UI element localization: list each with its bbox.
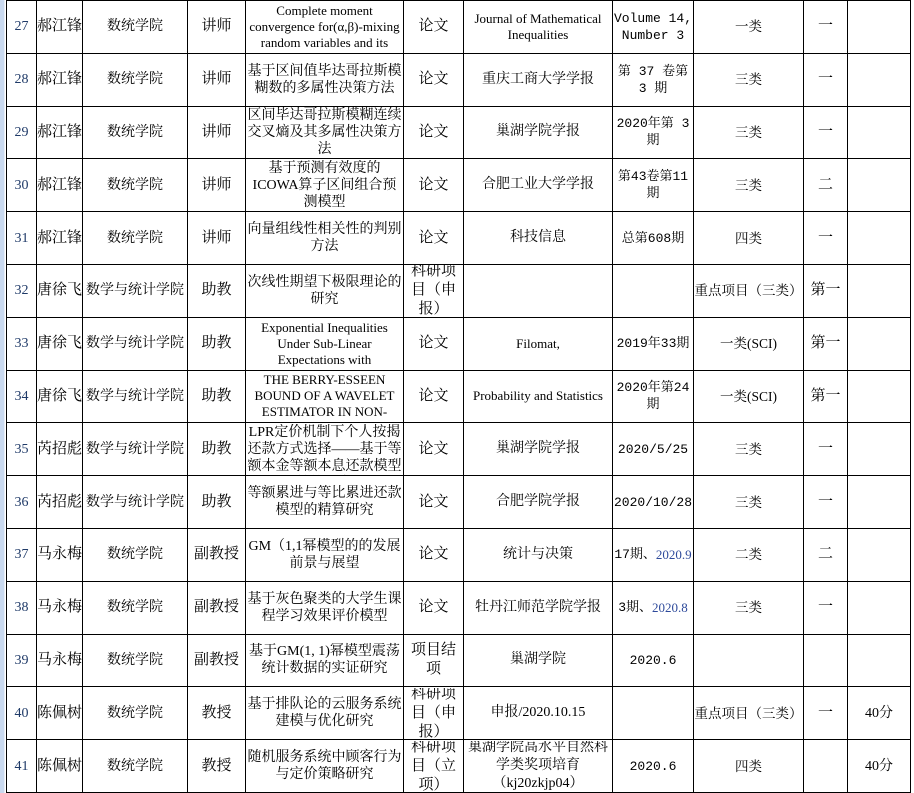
- volume-cell: 2020.6: [613, 634, 694, 687]
- category-cell-text: 二类: [694, 529, 803, 580]
- rank-cell-text: 一: [804, 688, 847, 739]
- job-title-cell-text: 讲师: [188, 213, 245, 264]
- journal-cell: Probability and Statistics: [464, 370, 613, 423]
- category-cell: 三类: [694, 581, 804, 634]
- department-cell: 数统学院: [83, 1, 188, 54]
- volume-date-text: 2020.8: [652, 599, 688, 616]
- volume-text: 2020/10/28: [614, 494, 692, 511]
- category-cell-text: 一类(SCI): [694, 371, 803, 422]
- work-title-cell-text: 基于排队论的云服务系统建模与优化研究: [246, 688, 403, 739]
- row-number-cell-text: 27: [7, 1, 36, 52]
- category-cell-text: 重点项目（三类）: [694, 265, 803, 316]
- rank-cell: 一: [804, 581, 848, 634]
- person-name-cell: 唐徐飞: [37, 317, 83, 370]
- table-row: 33唐徐飞数学与统计学院助教Exponential Inequalities U…: [7, 317, 911, 370]
- work-title-cell-text: 向量组线性相关性的判别方法: [246, 213, 403, 264]
- department-cell: 数统学院: [83, 581, 188, 634]
- job-title-cell-text: 教授: [188, 688, 245, 739]
- volume-text: 17期、: [614, 546, 656, 563]
- score-cell-text: [848, 477, 910, 528]
- journal-cell-text: 牡丹江师范学院学报: [464, 582, 612, 633]
- score-cell-text: [848, 213, 910, 264]
- journal-cell: 合肥工业大学学报: [464, 159, 613, 212]
- rank-cell: 二: [804, 528, 848, 581]
- person-name-cell-text: 马永梅: [37, 582, 82, 633]
- volume-cell: 17期、2020.9: [613, 528, 694, 581]
- category-cell-text: 三类: [694, 582, 803, 633]
- person-name-cell: 马永梅: [37, 634, 83, 687]
- row-number-cell: 36: [7, 476, 37, 529]
- table-row: 29郝江锋数统学院讲师区间毕达哥拉斯模糊连续交叉熵及其多属性决策方法论文巢湖学院…: [7, 106, 911, 159]
- row-number-cell-text: 37: [7, 529, 36, 580]
- row-number-cell: 40: [7, 687, 37, 740]
- work-title-cell: 次线性期望下极限理论的研究: [246, 264, 404, 317]
- volume-text: 2020年第24期: [613, 379, 693, 413]
- journal-cell: 重庆工商大学学报: [464, 53, 613, 106]
- job-title-cell: 助教: [188, 317, 246, 370]
- rank-cell-text: 一: [804, 54, 847, 105]
- journal-cell: 牡丹江师范学院学报: [464, 581, 613, 634]
- volume-text: 2020年第 3 期: [613, 115, 693, 149]
- work-title-cell-text: 次线性期望下极限理论的研究: [246, 265, 403, 316]
- rank-cell-text: 一: [804, 477, 847, 528]
- score-cell-text: [848, 635, 910, 686]
- department-cell-text: 数统学院: [83, 107, 187, 158]
- achievement-type-cell: 论文: [404, 317, 464, 370]
- category-cell: 四类: [694, 740, 804, 793]
- achievement-type-cell-text: 论文: [404, 529, 463, 580]
- journal-cell-text: 申报/2020.10.15: [464, 688, 612, 739]
- achievement-type-cell-text: 论文: [404, 318, 463, 369]
- department-cell: 数统学院: [83, 528, 188, 581]
- job-title-cell-text: 讲师: [188, 54, 245, 105]
- category-cell-text: 一类(SCI): [694, 318, 803, 369]
- table-row: 40陈佩树数统学院教授基于排队论的云服务系统建模与优化研究科研项目（申报）申报/…: [7, 687, 911, 740]
- department-cell: 数学与统计学院: [83, 423, 188, 476]
- person-name-cell-text: 马永梅: [37, 529, 82, 580]
- achievement-type-cell: 论文: [404, 159, 464, 212]
- job-title-cell-text: 讲师: [188, 1, 245, 52]
- job-title-cell-text: 讲师: [188, 160, 245, 211]
- table-row: 32唐徐飞数学与统计学院助教次线性期望下极限理论的研究科研项目（申报）重点项目（…: [7, 264, 911, 317]
- achievements-table: 27郝江锋数统学院讲师Complete moment convergence f…: [6, 0, 911, 793]
- category-cell-text: [694, 635, 803, 686]
- person-name-cell-text: 唐徐飞: [37, 371, 82, 422]
- rank-cell-text: 二: [804, 529, 847, 580]
- category-cell-text: 一类: [694, 1, 803, 52]
- person-name-cell-text: 郝江锋: [37, 107, 82, 158]
- achievement-type-cell-text: 论文: [404, 107, 463, 158]
- achievement-type-cell-text: 科研项目（申报）: [404, 265, 463, 316]
- job-title-cell: 教授: [188, 687, 246, 740]
- work-title-cell: THE BERRY-ESSEEN BOUND OF A WAVELET ESTI…: [246, 370, 404, 423]
- row-number-cell-text: 32: [7, 265, 36, 316]
- journal-cell: 申报/2020.10.15: [464, 687, 613, 740]
- row-number-cell: 38: [7, 581, 37, 634]
- journal-cell-text: Filomat,: [464, 318, 612, 369]
- rank-cell-text: [804, 741, 847, 792]
- category-cell-text: 四类: [694, 213, 803, 264]
- job-title-cell-text: 助教: [188, 265, 245, 316]
- person-name-cell: 郝江锋: [37, 1, 83, 54]
- achievement-type-cell: 论文: [404, 53, 464, 106]
- rank-cell: [804, 740, 848, 793]
- job-title-cell: 助教: [188, 370, 246, 423]
- job-title-cell: 副教授: [188, 634, 246, 687]
- journal-cell-text: 巢湖学院学报: [464, 424, 612, 475]
- row-number-cell: 34: [7, 370, 37, 423]
- work-title-cell: 基于区间值毕达哥拉斯模糊数的多属性决策方法: [246, 53, 404, 106]
- job-title-cell-text: 副教授: [188, 529, 245, 580]
- work-title-cell-text: 区间毕达哥拉斯模糊连续交叉熵及其多属性决策方法: [246, 107, 403, 158]
- achievement-type-cell-text: 论文: [404, 160, 463, 211]
- work-title-cell-text: 基于灰色聚类的大学生课程学习效果评价模型: [246, 582, 403, 633]
- achievement-type-cell-text: 论文: [404, 582, 463, 633]
- row-number-cell: 30: [7, 159, 37, 212]
- row-number-cell: 27: [7, 1, 37, 54]
- rank-cell: 第一: [804, 264, 848, 317]
- job-title-cell: 助教: [188, 476, 246, 529]
- score-cell-text: [848, 54, 910, 105]
- score-cell-text: [848, 107, 910, 158]
- rank-cell-text: [804, 635, 847, 686]
- row-number-cell-text: 31: [7, 213, 36, 264]
- person-name-cell-text: 郝江锋: [37, 160, 82, 211]
- category-cell: 三类: [694, 159, 804, 212]
- journal-cell: 科技信息: [464, 212, 613, 265]
- achievement-type-cell-text: 论文: [404, 424, 463, 475]
- category-cell-text: 三类: [694, 160, 803, 211]
- achievement-type-cell: 论文: [404, 106, 464, 159]
- table-body: 27郝江锋数统学院讲师Complete moment convergence f…: [7, 1, 911, 793]
- journal-cell: [464, 264, 613, 317]
- work-title-cell-text: GM（1,1幂模型的的发展前景与展望: [246, 529, 403, 580]
- row-number-cell-text: 41: [7, 741, 36, 792]
- department-cell: 数学与统计学院: [83, 370, 188, 423]
- rank-cell-text: 一: [804, 424, 847, 475]
- category-cell: [694, 634, 804, 687]
- rank-cell: 第一: [804, 370, 848, 423]
- journal-cell-text: 巢湖学院高水平自然科学类奖项培育（kj20zkjp04）: [464, 741, 612, 792]
- achievement-type-cell-text: 论文: [404, 477, 463, 528]
- work-title-cell: 基于GM(1, 1)幂模型震荡统计数据的实证研究: [246, 634, 404, 687]
- row-number-cell-text: 36: [7, 477, 36, 528]
- achievement-type-cell: 论文: [404, 1, 464, 54]
- journal-cell: Filomat,: [464, 317, 613, 370]
- volume-cell: 2020.6: [613, 740, 694, 793]
- person-name-cell-text: 马永梅: [37, 635, 82, 686]
- table-row: 35芮招彪数学与统计学院助教LPR定价机制下个人按揭还款方式选择——基于等额本金…: [7, 423, 911, 476]
- volume-text: 2020.6: [630, 758, 677, 775]
- achievement-type-cell-text: 科研项目（立项）: [404, 741, 463, 792]
- journal-cell-text: 巢湖学院: [464, 635, 612, 686]
- department-cell: 数统学院: [83, 53, 188, 106]
- row-number-cell: 33: [7, 317, 37, 370]
- score-cell: [848, 53, 911, 106]
- category-cell-text: 重点项目（三类）: [694, 688, 803, 739]
- volume-text: 2020.6: [630, 652, 677, 669]
- table-row: 30郝江锋数统学院讲师基于预测有效度的ICOWA算子区间组合预测模型论文合肥工业…: [7, 159, 911, 212]
- journal-cell: 巢湖学院学报: [464, 423, 613, 476]
- job-title-cell: 讲师: [188, 53, 246, 106]
- person-name-cell: 马永梅: [37, 581, 83, 634]
- journal-cell: 巢湖学院高水平自然科学类奖项培育（kj20zkjp04）: [464, 740, 613, 793]
- row-number-cell-text: 30: [7, 160, 36, 211]
- score-cell-text: [848, 371, 910, 422]
- category-cell: 重点项目（三类）: [694, 687, 804, 740]
- table-row: 39马永梅数统学院副教授基于GM(1, 1)幂模型震荡统计数据的实证研究项目结项…: [7, 634, 911, 687]
- job-title-cell: 助教: [188, 423, 246, 476]
- person-name-cell: 郝江锋: [37, 53, 83, 106]
- rank-cell: 一: [804, 53, 848, 106]
- volume-text: 第43卷第11期: [613, 168, 693, 202]
- category-cell: 一类: [694, 1, 804, 54]
- rank-cell: 一: [804, 212, 848, 265]
- job-title-cell: 讲师: [188, 106, 246, 159]
- score-cell-text: 40分: [848, 741, 910, 792]
- work-title-cell-text: 随机服务系统中顾客行为与定价策略研究: [246, 741, 403, 792]
- score-cell-text: [848, 160, 910, 211]
- job-title-cell: 副教授: [188, 581, 246, 634]
- work-title-cell: LPR定价机制下个人按揭还款方式选择——基于等额本金等额本息还款模型精算研究: [246, 423, 404, 476]
- person-name-cell: 唐徐飞: [37, 264, 83, 317]
- job-title-cell: 副教授: [188, 528, 246, 581]
- score-cell: 40分: [848, 687, 911, 740]
- achievement-type-cell: 科研项目（申报）: [404, 687, 464, 740]
- department-cell-text: 数学与统计学院: [83, 371, 187, 422]
- work-title-cell-text: Exponential Inequalities Under Sub-Linea…: [246, 318, 403, 369]
- department-cell-text: 数统学院: [83, 160, 187, 211]
- job-title-cell: 讲师: [188, 212, 246, 265]
- volume-text: 第 37 卷第 3 期: [613, 63, 693, 97]
- work-title-cell-text: 基于区间值毕达哥拉斯模糊数的多属性决策方法: [246, 54, 403, 105]
- score-cell-text: 40分: [848, 688, 910, 739]
- row-number-cell: 29: [7, 106, 37, 159]
- left-edge-strip: [0, 0, 5, 793]
- work-title-cell-text: 基于预测有效度的ICOWA算子区间组合预测模型: [246, 160, 403, 211]
- category-cell: 四类: [694, 212, 804, 265]
- department-cell: 数学与统计学院: [83, 317, 188, 370]
- achievement-type-cell: 论文: [404, 476, 464, 529]
- person-name-cell-text: 唐徐飞: [37, 318, 82, 369]
- category-cell-text: 三类: [694, 107, 803, 158]
- score-cell: [848, 581, 911, 634]
- department-cell-text: 数学与统计学院: [83, 477, 187, 528]
- volume-text: 总第608期: [622, 230, 684, 247]
- category-cell: 三类: [694, 423, 804, 476]
- rank-cell: 二: [804, 159, 848, 212]
- job-title-cell-text: 助教: [188, 424, 245, 475]
- journal-cell-text: Probability and Statistics: [464, 371, 612, 422]
- person-name-cell: 芮招彪: [37, 423, 83, 476]
- job-title-cell: 教授: [188, 740, 246, 793]
- person-name-cell-text: 郝江锋: [37, 1, 82, 52]
- work-title-cell: 等额累进与等比累进还款模型的精算研究: [246, 476, 404, 529]
- work-title-cell-text: LPR定价机制下个人按揭还款方式选择——基于等额本金等额本息还款模型精算研究: [246, 424, 403, 475]
- row-number-cell: 31: [7, 212, 37, 265]
- work-title-cell-text: Complete moment convergence for(α,β)-mix…: [246, 1, 403, 52]
- score-cell-text: [848, 424, 910, 475]
- table-row: 27郝江锋数统学院讲师Complete moment convergence f…: [7, 1, 911, 54]
- row-number-cell-text: 34: [7, 371, 36, 422]
- rank-cell-text: 第一: [804, 318, 847, 369]
- journal-cell-text: [464, 265, 612, 316]
- achievement-type-cell: 论文: [404, 581, 464, 634]
- work-title-cell: Complete moment convergence for(α,β)-mix…: [246, 1, 404, 54]
- row-number-cell: 28: [7, 53, 37, 106]
- rank-cell: 一: [804, 1, 848, 54]
- department-cell-text: 数学与统计学院: [83, 318, 187, 369]
- journal-cell: 巢湖学院: [464, 634, 613, 687]
- row-number-cell: 41: [7, 740, 37, 793]
- person-name-cell: 芮招彪: [37, 476, 83, 529]
- achievement-type-cell-text: 科研项目（申报）: [404, 688, 463, 739]
- department-cell-text: 数统学院: [83, 213, 187, 264]
- category-cell-text: 四类: [694, 741, 803, 792]
- score-cell: [848, 212, 911, 265]
- person-name-cell: 郝江锋: [37, 159, 83, 212]
- work-title-cell-text: 基于GM(1, 1)幂模型震荡统计数据的实证研究: [246, 635, 403, 686]
- department-cell: 数统学院: [83, 106, 188, 159]
- table-row: 41陈佩树数统学院教授随机服务系统中顾客行为与定价策略研究科研项目（立项）巢湖学…: [7, 740, 911, 793]
- achievement-type-cell: 论文: [404, 370, 464, 423]
- job-title-cell: 讲师: [188, 159, 246, 212]
- journal-cell-text: 科技信息: [464, 213, 612, 264]
- volume-cell: 第43卷第11期: [613, 159, 694, 212]
- score-cell-text: [848, 582, 910, 633]
- rank-cell: 第一: [804, 317, 848, 370]
- work-title-cell: 基于排队论的云服务系统建模与优化研究: [246, 687, 404, 740]
- work-title-cell: 基于预测有效度的ICOWA算子区间组合预测模型: [246, 159, 404, 212]
- category-cell-text: 三类: [694, 54, 803, 105]
- person-name-cell-text: 芮招彪: [37, 424, 82, 475]
- department-cell-text: 数统学院: [83, 54, 187, 105]
- rank-cell: 一: [804, 687, 848, 740]
- department-cell-text: 数统学院: [83, 741, 187, 792]
- person-name-cell: 陈佩树: [37, 740, 83, 793]
- score-cell: [848, 1, 911, 54]
- volume-date-text: 2020.9: [656, 546, 692, 563]
- score-cell: [848, 476, 911, 529]
- row-number-cell: 39: [7, 634, 37, 687]
- job-title-cell-text: 助教: [188, 371, 245, 422]
- row-number-cell: 37: [7, 528, 37, 581]
- achievement-type-cell-text: 论文: [404, 213, 463, 264]
- person-name-cell: 唐徐飞: [37, 370, 83, 423]
- row-number-cell-text: 40: [7, 688, 36, 739]
- table-row: 36芮招彪数学与统计学院助教等额累进与等比累进还款模型的精算研究论文合肥学院学报…: [7, 476, 911, 529]
- department-cell-text: 数统学院: [83, 635, 187, 686]
- achievement-type-cell-text: 项目结项: [404, 635, 463, 686]
- rank-cell-text: 第一: [804, 265, 847, 316]
- journal-cell-text: 合肥学院学报: [464, 477, 612, 528]
- category-cell: 三类: [694, 53, 804, 106]
- score-cell: [848, 159, 911, 212]
- rank-cell-text: 一: [804, 1, 847, 52]
- achievement-type-cell: 论文: [404, 423, 464, 476]
- rank-cell: 一: [804, 423, 848, 476]
- job-title-cell-text: 讲师: [188, 107, 245, 158]
- row-number-cell-text: 39: [7, 635, 36, 686]
- job-title-cell-text: 副教授: [188, 582, 245, 633]
- rank-cell: 一: [804, 106, 848, 159]
- department-cell: 数学与统计学院: [83, 476, 188, 529]
- category-cell-text: 三类: [694, 477, 803, 528]
- volume-cell: 第 37 卷第 3 期: [613, 53, 694, 106]
- rank-cell-text: 二: [804, 160, 847, 211]
- person-name-cell: 郝江锋: [37, 106, 83, 159]
- department-cell: 数统学院: [83, 687, 188, 740]
- table-row: 28郝江锋数统学院讲师基于区间值毕达哥拉斯模糊数的多属性决策方法论文重庆工商大学…: [7, 53, 911, 106]
- category-cell: 一类(SCI): [694, 370, 804, 423]
- row-number-cell-text: 33: [7, 318, 36, 369]
- spreadsheet-viewport: 27郝江锋数统学院讲师Complete moment convergence f…: [0, 0, 914, 793]
- journal-cell-text: 统计与决策: [464, 529, 612, 580]
- journal-cell-text: 合肥工业大学学报: [464, 160, 612, 211]
- score-cell: [848, 370, 911, 423]
- score-cell: [848, 634, 911, 687]
- department-cell: 数统学院: [83, 159, 188, 212]
- volume-text: Volume 14, Number 3: [613, 10, 693, 44]
- work-title-cell: 随机服务系统中顾客行为与定价策略研究: [246, 740, 404, 793]
- rank-cell-text: 一: [804, 213, 847, 264]
- category-cell: 重点项目（三类）: [694, 264, 804, 317]
- table-row: 38马永梅数统学院副教授基于灰色聚类的大学生课程学习效果评价模型论文牡丹江师范学…: [7, 581, 911, 634]
- volume-text: 3期、: [618, 599, 652, 616]
- category-cell: 二类: [694, 528, 804, 581]
- score-cell: [848, 423, 911, 476]
- row-number-cell-text: 28: [7, 54, 36, 105]
- department-cell-text: 数统学院: [83, 529, 187, 580]
- rank-cell: 一: [804, 476, 848, 529]
- work-title-cell: 区间毕达哥拉斯模糊连续交叉熵及其多属性决策方法: [246, 106, 404, 159]
- journal-cell: 统计与决策: [464, 528, 613, 581]
- person-name-cell-text: 陈佩树: [37, 741, 82, 792]
- volume-cell: 2020/5/25: [613, 423, 694, 476]
- table-row: 31郝江锋数统学院讲师向量组线性相关性的判别方法论文科技信息总第608期四类一: [7, 212, 911, 265]
- achievement-type-cell: 科研项目（立项）: [404, 740, 464, 793]
- work-title-cell-text: 等额累进与等比累进还款模型的精算研究: [246, 477, 403, 528]
- category-cell-text: 三类: [694, 424, 803, 475]
- job-title-cell-text: 教授: [188, 741, 245, 792]
- volume-cell: 总第608期: [613, 212, 694, 265]
- journal-cell-text: 重庆工商大学学报: [464, 54, 612, 105]
- score-cell: [848, 106, 911, 159]
- volume-cell: [613, 264, 694, 317]
- person-name-cell: 马永梅: [37, 528, 83, 581]
- category-cell: 一类(SCI): [694, 317, 804, 370]
- rank-cell-text: 一: [804, 107, 847, 158]
- score-cell-text: [848, 1, 910, 52]
- rank-cell-text: 第一: [804, 371, 847, 422]
- volume-cell: 2020年第 3 期: [613, 106, 694, 159]
- department-cell: 数学与统计学院: [83, 264, 188, 317]
- score-cell-text: [848, 529, 910, 580]
- achievement-type-cell: 论文: [404, 528, 464, 581]
- department-cell: 数统学院: [83, 634, 188, 687]
- volume-cell: [613, 687, 694, 740]
- person-name-cell-text: 芮招彪: [37, 477, 82, 528]
- person-name-cell-text: 陈佩树: [37, 688, 82, 739]
- category-cell: 三类: [694, 476, 804, 529]
- volume-cell: Volume 14, Number 3: [613, 1, 694, 54]
- achievement-type-cell-text: 论文: [404, 371, 463, 422]
- row-number-cell-text: 29: [7, 107, 36, 158]
- job-title-cell-text: 助教: [188, 477, 245, 528]
- table-row: 34唐徐飞数学与统计学院助教THE BERRY-ESSEEN BOUND OF …: [7, 370, 911, 423]
- job-title-cell: 助教: [188, 264, 246, 317]
- volume-text: 2019年33期: [617, 335, 690, 352]
